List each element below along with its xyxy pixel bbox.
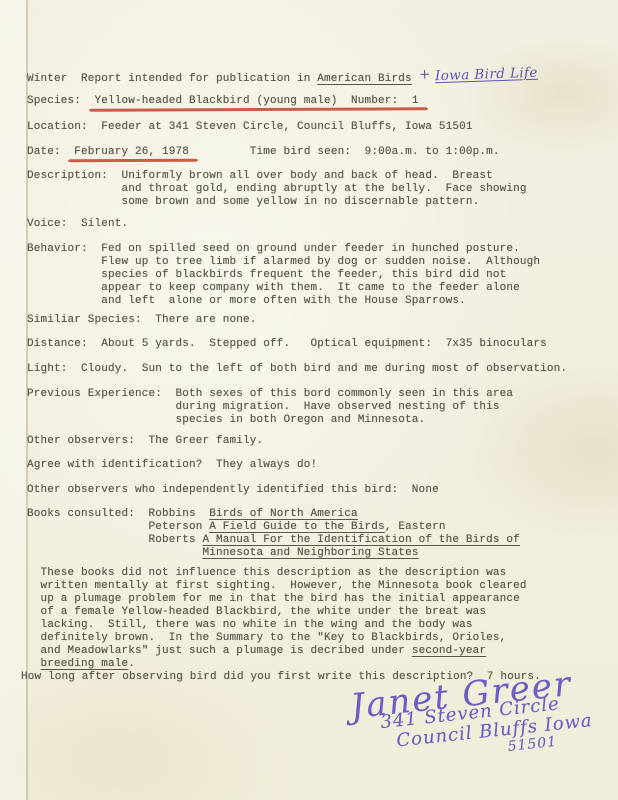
typed-text: Light: Cloudy. Sun to the left of both b… (27, 363, 567, 375)
typed-text: and left alone or more often with the Ho… (27, 295, 466, 307)
typed-text: written mentally at first sighting. Howe… (27, 580, 527, 592)
typed-line: Behavior: Fed on spilled seed on ground … (27, 244, 520, 255)
typed-text: species in both Oregon and Minnesota. (27, 414, 425, 426)
typed-line: and Meadowlarks" just such a plumage is … (27, 646, 486, 657)
typed-text: . (128, 658, 135, 670)
typed-line: Winter Report intended for publication i… (27, 71, 538, 85)
underlined-text: breeding male (41, 658, 129, 670)
typed-text: Location: Feeder at 341 Steven Circle, C… (27, 121, 473, 133)
typed-line: Agree with identification? They always d… (27, 460, 317, 471)
underlined-text: second-year (412, 645, 486, 657)
typed-text: Winter Report intended for publication i… (27, 73, 317, 85)
typed-line: appear to keep company with them. It cam… (27, 283, 520, 294)
typed-line: Date: February 26, 1978 Time bird seen: … (27, 147, 500, 158)
typed-text: Time bird seen: 9:00a.m. to 1:00p.m. (189, 146, 500, 158)
typed-text: up a plumage problem for me in that the … (27, 593, 520, 605)
typed-text: of a female Yellow-headed Blackbird, the… (27, 606, 486, 618)
typed-line: Similiar Species: There are none. (27, 315, 257, 326)
typed-text: Voice: Silent. (27, 218, 128, 230)
underlined-text: A Manual For the Identification of the B… (203, 534, 520, 546)
typed-text: Species: (27, 95, 95, 107)
typed-line: species of blackbirds frequent the feede… (27, 270, 506, 281)
typed-line: species in both Oregon and Minnesota. (27, 415, 425, 426)
typed-line: Roberts A Manual For the Identification … (27, 535, 520, 546)
typed-line: up a plumage problem for me in that the … (27, 594, 520, 605)
typed-line: Other observers: The Greer family. (27, 436, 263, 447)
red-underlined-text: February 26, 1978 (74, 146, 189, 158)
typed-text: Behavior: Fed on spilled seed on ground … (27, 243, 520, 255)
typed-line: and left alone or more often with the Ho… (27, 296, 466, 307)
typed-text: Peterson (27, 521, 209, 533)
typed-line: Location: Feeder at 341 Steven Circle, C… (27, 122, 473, 133)
typed-text: Flew up to tree limb if alarmed by dog o… (27, 256, 540, 268)
typed-text: Roberts (27, 534, 203, 546)
typed-text (27, 547, 203, 559)
underlined-text: Minnesota and Neighboring States (203, 547, 419, 559)
typed-line: Voice: Silent. (27, 219, 128, 230)
typed-line: Books consulted: Robbins Birds of North … (27, 509, 358, 520)
typed-text: Similiar Species: There are none. (27, 314, 257, 326)
underlined-text: American Birds (317, 73, 412, 85)
typed-text (412, 73, 419, 85)
typed-line: definitely brown. In the Summary to the … (27, 633, 506, 644)
typed-line: Flew up to tree limb if alarmed by dog o… (27, 257, 540, 268)
underlined-text: Birds of North America (209, 508, 358, 520)
typed-text: Other observers who independently identi… (27, 484, 439, 496)
typed-line: Previous Experience: Both sexes of this … (27, 389, 513, 400)
typed-text: These books did not influence this descr… (27, 567, 506, 579)
typed-line: lacking. Still, there was no white in th… (27, 620, 473, 631)
typed-line: Other observers who independently identi… (27, 485, 439, 496)
typed-line: some brown and some yellow in no discern… (27, 197, 479, 208)
typed-line: Light: Cloudy. Sun to the left of both b… (27, 364, 567, 375)
underlined-text: A Field Guide to the Birds (209, 521, 385, 533)
typed-line: Peterson A Field Guide to the Birds, Eas… (27, 522, 446, 533)
typed-text: during migration. Have observed nesting … (27, 401, 500, 413)
typed-text: lacking. Still, there was no white in th… (27, 619, 473, 631)
typed-text: Distance: About 5 yards. Stepped off. Op… (27, 338, 547, 350)
typed-line: Distance: About 5 yards. Stepped off. Op… (27, 339, 547, 350)
typed-line: breeding male. (27, 659, 135, 670)
typed-text: Agree with identification? They always d… (27, 459, 317, 471)
typed-text: definitely brown. In the Summary to the … (27, 632, 506, 644)
typed-line: written mentally at first sighting. Howe… (27, 581, 527, 592)
typed-text: Other observers: The Greer family. (27, 435, 263, 447)
typed-text: Description: Uniformly brown all over bo… (27, 170, 493, 182)
red-underlined-text: Yellow-headed Blackbird (young male) Num… (95, 95, 419, 107)
typed-line: and throat gold, ending abruptly at the … (27, 184, 527, 195)
typed-text: some brown and some yellow in no discern… (27, 196, 479, 208)
typed-text: appear to keep company with them. It cam… (27, 282, 520, 294)
typed-text: species of blackbirds frequent the feede… (27, 269, 506, 281)
typed-text (27, 658, 41, 670)
typed-text: and throat gold, ending abruptly at the … (27, 183, 527, 195)
typed-text: Previous Experience: Both sexes of this … (27, 388, 513, 400)
scanned-report-page: Winter Report intended for publication i… (0, 0, 618, 800)
typed-line: Description: Uniformly brown all over bo… (27, 171, 493, 182)
typed-text: , Eastern (385, 521, 446, 533)
typed-line: Minnesota and Neighboring States (27, 548, 419, 559)
typed-text: Date: (27, 146, 74, 158)
typed-text: Books consulted: Robbins (27, 508, 209, 520)
handwritten-text: Iowa Bird Life (435, 67, 538, 84)
typed-line: of a female Yellow-headed Blackbird, the… (27, 607, 486, 618)
typed-line: These books did not influence this descr… (27, 568, 506, 579)
handwritten-text: + (418, 68, 435, 82)
typed-line: during migration. Have observed nesting … (27, 402, 500, 413)
typed-line: Species: Yellow-headed Blackbird (young … (27, 96, 419, 107)
typed-text: and Meadowlarks" just such a plumage is … (27, 645, 412, 657)
